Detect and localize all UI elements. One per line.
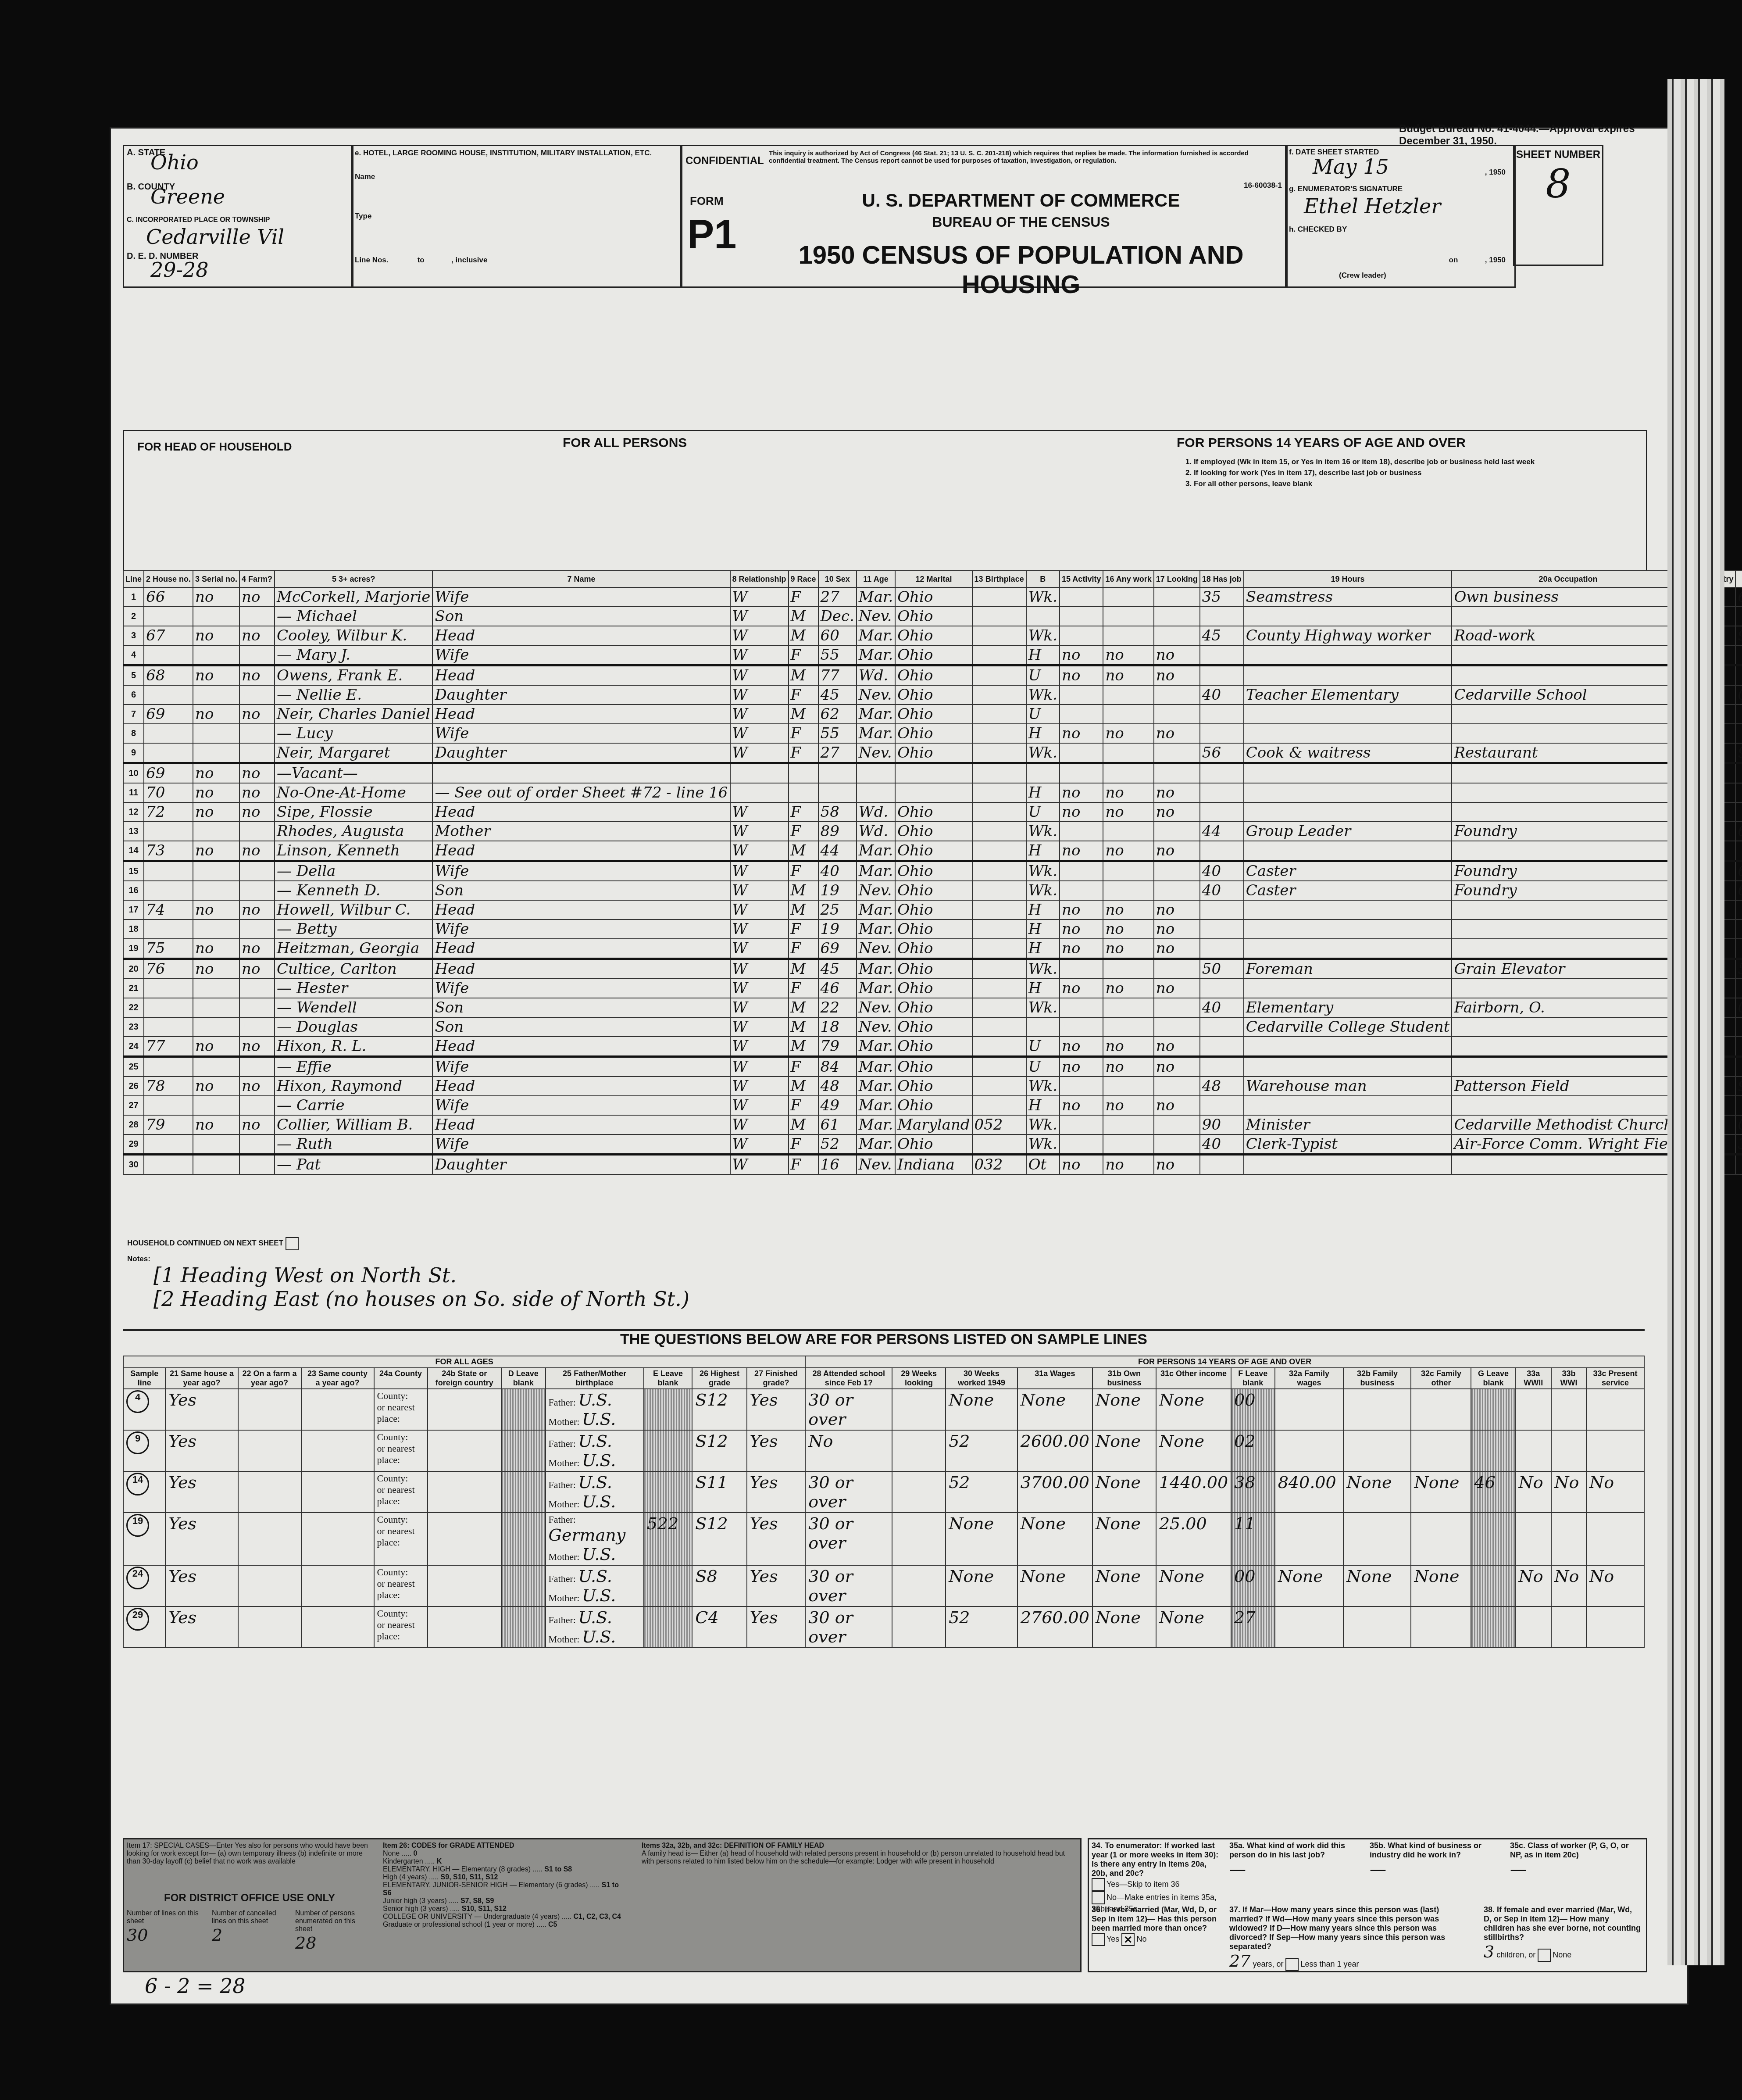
cell-birth: Ohio <box>895 1134 972 1155</box>
cell-q16 <box>1060 881 1103 900</box>
table-row: 1272nonoSipe, FlossieHeadWF58Wd.OhioUnon… <box>123 802 1742 822</box>
sample-cell-q33b <box>1551 1430 1586 1471</box>
cell-q18 <box>1154 998 1200 1017</box>
sample-cell-d <box>501 1606 546 1648</box>
line-number: 28 <box>123 1115 144 1134</box>
sample-cell-q33a <box>1515 1389 1551 1430</box>
table-row: 29— RuthWifeWF52Mar.OhioWk.40Clerk-Typis… <box>123 1134 1742 1155</box>
cell-name: — Pat <box>275 1155 432 1175</box>
table-row: 30— PatDaughterWF16Nev.Indiana032Otnonon… <box>123 1155 1742 1175</box>
cell-occ: Warehouse man <box>1244 1077 1452 1096</box>
cell-q17 <box>1103 743 1153 763</box>
cell-serial: 67 <box>144 626 193 645</box>
cell-q17: no <box>1103 1096 1153 1115</box>
cell-mar: Mar. <box>857 959 895 979</box>
cell-occ <box>1244 724 1452 743</box>
cell-act: H <box>1026 841 1060 861</box>
sample-cell-f: 11 <box>1231 1513 1275 1565</box>
cell-mar: Mar. <box>857 900 895 919</box>
cell-farm <box>193 1155 239 1175</box>
cell-code <box>1735 763 1742 783</box>
q38: 38. If female and ever married (Mar, Wd,… <box>1484 1905 1642 1962</box>
cell-q16: no <box>1060 665 1103 686</box>
cell-name: Cooley, Wilbur K. <box>275 626 432 645</box>
table-row: 2879nonoCollier, William B.HeadWM61Mar.M… <box>123 1115 1742 1134</box>
cell-birth: Ohio <box>895 587 972 607</box>
cell-q16: no <box>1060 1155 1103 1175</box>
cell-q17 <box>1103 626 1153 645</box>
cell-hours <box>1200 939 1244 959</box>
cell-age: 69 <box>818 939 857 959</box>
persons14-instr-3: 3. For all other persons, leave blank <box>1185 479 1312 488</box>
cell-age: 60 <box>818 626 857 645</box>
cell-code <box>1735 802 1742 822</box>
col-header: B <box>1026 571 1060 587</box>
sample-cell-e <box>644 1471 693 1513</box>
q37-less-than-year-checkbox[interactable] <box>1285 1958 1299 1971</box>
sample-cell-f: 27 <box>1231 1606 1275 1648</box>
cell-acres: no <box>239 1037 275 1057</box>
sample-cell-q23 <box>301 1389 374 1430</box>
ed-number-value: 29-28 <box>150 258 209 282</box>
cell-ind <box>1452 841 1684 861</box>
sample-col-header: Sample line <box>123 1368 165 1389</box>
sample-row: 29YesCounty:or nearest place:Father: U.S… <box>123 1606 1644 1648</box>
persons14-instr-1: 1. If employed (Wk in item 15, or Yes in… <box>1185 458 1535 466</box>
line-number: 1 <box>123 587 144 607</box>
cell-serial <box>144 998 193 1017</box>
cell-hours: 44 <box>1200 822 1244 841</box>
q34-no-checkbox[interactable] <box>1092 1891 1105 1904</box>
sample-cell-q33a <box>1515 1513 1551 1565</box>
cell-occ <box>1244 919 1452 939</box>
table-row: 6— Nellie E.DaughterWF45Nev.OhioWk.40Tea… <box>123 685 1742 705</box>
sample-cell-finished: Yes <box>747 1471 806 1513</box>
sample-cell-q32a: 840.00 <box>1275 1471 1344 1513</box>
cell-sex: F <box>789 743 818 763</box>
cell-acres <box>239 919 275 939</box>
cell-name: — Kenneth D. <box>275 881 432 900</box>
sample-cell-q31a: 2600.00 <box>1017 1430 1092 1471</box>
cell-name: Cultice, Carlton <box>275 959 432 979</box>
cell-hours: 56 <box>1200 743 1244 763</box>
sample-line-circle: 29 <box>126 1608 149 1631</box>
cell-age: 19 <box>818 919 857 939</box>
sample-col-header: 22 On a farm a year ago? <box>238 1368 301 1389</box>
cell-age: 25 <box>818 900 857 919</box>
cell-hours <box>1200 841 1244 861</box>
cell-acres <box>239 1155 275 1175</box>
cell-q18 <box>1154 607 1200 626</box>
sample-cell-q32c <box>1411 1430 1471 1471</box>
sample-col-header: 26 Highest grade <box>692 1368 746 1389</box>
cell-act: H <box>1026 783 1060 802</box>
cell-q18 <box>1154 1017 1200 1037</box>
cell-sex: M <box>789 1017 818 1037</box>
cell-occ <box>1244 783 1452 802</box>
sample-cell-q23 <box>301 1430 374 1471</box>
sample-col-header: G Leave blank <box>1471 1368 1515 1389</box>
cell-farm: no <box>193 763 239 783</box>
cell-q18: no <box>1154 939 1200 959</box>
cell-sex: M <box>789 900 818 919</box>
line-number: 7 <box>123 705 144 724</box>
q37: 37. If Mar—How many years since this per… <box>1229 1905 1475 1971</box>
cell-birth: Ohio <box>895 724 972 743</box>
cell-mar: Mar. <box>857 1077 895 1096</box>
cell-q16 <box>1060 743 1103 763</box>
cell-farm: no <box>193 939 239 959</box>
cell-farm <box>193 1017 239 1037</box>
table-row: 2678nonoHixon, RaymondHeadWM48Mar.OhioWk… <box>123 1077 1742 1096</box>
cell-rel: Daughter <box>432 743 730 763</box>
cell-b <box>972 705 1026 724</box>
cell-serial <box>144 1134 193 1155</box>
cell-farm <box>193 822 239 841</box>
sample-cell-f: 38 <box>1231 1471 1275 1513</box>
sample-cell-q21: Yes <box>165 1471 238 1513</box>
col-header: 12 Marital <box>895 571 972 587</box>
cell-farm <box>193 861 239 881</box>
cell-b <box>972 939 1026 959</box>
cell-mar: Wd. <box>857 665 895 686</box>
cell-code <box>1735 724 1742 743</box>
cell-name: — Ruth <box>275 1134 432 1155</box>
cell-q16: no <box>1060 802 1103 822</box>
col-header: Line <box>123 571 144 587</box>
cell-q17 <box>1103 1077 1153 1096</box>
cell-occ: Elementary <box>1244 998 1452 1017</box>
sample-cell-grade: S11 <box>692 1471 746 1513</box>
cell-act: Wk. <box>1026 861 1060 881</box>
sample-cell-d <box>501 1513 546 1565</box>
cell-sex: M <box>789 841 818 861</box>
cell-act: U <box>1026 665 1060 686</box>
cell-acres <box>239 1134 275 1155</box>
line-number: 8 <box>123 724 144 743</box>
cell-act: H <box>1026 919 1060 939</box>
sample-cell-parents: Father: U.S.Mother: U.S. <box>546 1565 644 1606</box>
q36-yes-checkbox[interactable] <box>1092 1933 1105 1946</box>
bureau-title: BUREAU OF THE CENSUS <box>769 214 1273 230</box>
sample-cell-q33c: No <box>1586 1565 1644 1606</box>
cell-acres <box>239 1017 275 1037</box>
cell-ind <box>1452 1096 1684 1115</box>
cell-race <box>730 783 789 802</box>
cell-code <box>1735 939 1742 959</box>
cell-rel: Wife <box>432 1096 730 1115</box>
place-value: Cedarville Vil <box>146 225 284 249</box>
line-number: 13 <box>123 822 144 841</box>
sample-cell-q32c: None <box>1411 1565 1471 1606</box>
cell-q16: no <box>1060 1037 1103 1057</box>
cell-b <box>972 645 1026 665</box>
cell-farm: no <box>193 705 239 724</box>
cell-ind <box>1452 607 1684 626</box>
line-number: 18 <box>123 919 144 939</box>
sample-cell-q31b: None <box>1092 1430 1156 1471</box>
for-all-ages-header: FOR ALL AGES <box>123 1356 805 1368</box>
cell-mar: Mar. <box>857 626 895 645</box>
sample-cell-q32b <box>1343 1430 1411 1471</box>
cell-q16 <box>1060 1115 1103 1134</box>
budget-bureau-line: Budget Bureau No. 41-4044.—Approval expi… <box>1399 123 1688 147</box>
cell-q17: no <box>1103 1037 1153 1057</box>
sheet-number-box: SHEET NUMBER 8 <box>1513 145 1603 266</box>
form-id: P1 <box>687 212 737 258</box>
cell-farm: no <box>193 626 239 645</box>
sample-cell-q22 <box>238 1565 301 1606</box>
for-14-over-header: FOR PERSONS 14 YEARS OF AGE AND OVER <box>805 1356 1644 1368</box>
q36-no-checkbox[interactable]: ✕ <box>1121 1933 1135 1946</box>
cell-act <box>1026 1017 1060 1037</box>
cell-b <box>972 1096 1026 1115</box>
cell-b <box>972 763 1026 783</box>
cell-ind: Foundry <box>1452 861 1684 881</box>
cell-race: W <box>730 959 789 979</box>
cell-code: 641 337 1 <box>1735 861 1742 881</box>
cell-sex <box>789 763 818 783</box>
cell-occ <box>1244 841 1452 861</box>
sample-cell-q21: Yes <box>165 1565 238 1606</box>
sample-cell-g <box>1471 1513 1515 1565</box>
cell-birth <box>895 763 972 783</box>
cell-code <box>1735 1155 1742 1175</box>
sample-cell-q31b: None <box>1092 1471 1156 1513</box>
cell-sex: M <box>789 705 818 724</box>
sample-cell-g: 46 <box>1471 1471 1515 1513</box>
table-row: 1473nonoLinson, KennethHeadWM44Mar.OhioH… <box>123 841 1742 861</box>
cell-rel: Daughter <box>432 1155 730 1175</box>
sample-col-header: 21 Same house a year ago? <box>165 1368 238 1389</box>
cell-age: 84 <box>818 1057 857 1077</box>
persons-14-section: FOR PERSONS 14 YEARS OF AGE AND OVER <box>1177 436 1466 451</box>
cell-serial: 75 <box>144 939 193 959</box>
cell-sex: M <box>789 607 818 626</box>
sample-cell-q31c: None <box>1156 1606 1231 1648</box>
line-number: 20 <box>123 959 144 979</box>
cell-act: H <box>1026 939 1060 959</box>
table-row: 1975nonoHeitzman, GeorgiaHeadWF69Nev.Ohi… <box>123 939 1742 959</box>
sample-cell-q33c: No <box>1586 1471 1644 1513</box>
cell-acres <box>239 998 275 1017</box>
sample-cell-q22 <box>238 1430 301 1471</box>
cell-mar: Mar. <box>857 1057 895 1077</box>
cell-b <box>972 626 1026 645</box>
cell-q18 <box>1154 881 1200 900</box>
cell-sex <box>789 783 818 802</box>
cell-mar: Mar. <box>857 1096 895 1115</box>
cell-occ: Caster <box>1244 881 1452 900</box>
cell-b <box>972 743 1026 763</box>
grade-code-item: High (4 years) ..... S9, S10, S11, S12 <box>383 1874 628 1882</box>
cell-q18: no <box>1154 783 1200 802</box>
cell-act: U <box>1026 802 1060 822</box>
q34-yes-checkbox[interactable] <box>1092 1878 1105 1891</box>
cell-ind: Air-Force Comm. Wright Field <box>1452 1134 1684 1155</box>
sample-line-circle: 4 <box>126 1390 149 1413</box>
table-row: 4— Mary J.WifeWF55Mar.OhioHnonono4 <box>123 645 1742 665</box>
sample-cell-q31b: None <box>1092 1565 1156 1606</box>
sample-cell-q32b: None <box>1343 1565 1411 1606</box>
sample-cell-parents: Father: U.S.Mother: U.S. <box>546 1471 644 1513</box>
cell-acres <box>239 743 275 763</box>
note-1: [1 Heading West on North St. <box>153 1263 1092 1287</box>
cell-q18: no <box>1154 665 1200 686</box>
household-continued-checkbox[interactable] <box>286 1237 299 1250</box>
notes-area: HOUSEHOLD CONTINUED ON NEXT SHEET Notes:… <box>127 1237 1092 1311</box>
sample-cell-state <box>428 1606 501 1648</box>
cell-hours <box>1200 979 1244 998</box>
cell-ind: Foundry <box>1452 822 1684 841</box>
cell-code <box>1735 900 1742 919</box>
cell-q17 <box>1103 959 1153 979</box>
cell-hours: 40 <box>1200 881 1244 900</box>
cell-mar: Mar. <box>857 861 895 881</box>
cell-q18: no <box>1154 1057 1200 1077</box>
sample-col-header: 30 Weeks worked 1949 <box>946 1368 1017 1389</box>
sample-cell-county: County:or nearest place: <box>374 1606 428 1648</box>
table-row: 166nonoMcCorkell, MarjorieWifeWF27Mar.Oh… <box>123 587 1742 607</box>
cell-mar: Nev. <box>857 998 895 1017</box>
cell-ind <box>1452 763 1684 783</box>
cell-farm <box>193 607 239 626</box>
col-header: 5 3+ acres? <box>275 571 432 587</box>
sample-col-header: 33a WWII <box>1515 1368 1551 1389</box>
cell-q16 <box>1060 959 1103 979</box>
cell-ind: Foundry <box>1452 881 1684 900</box>
cell-sex: M <box>789 998 818 1017</box>
cell-race: W <box>730 1115 789 1134</box>
cell-code <box>1735 607 1742 626</box>
sample-cell-e: 522 <box>644 1513 693 1565</box>
col-header: 10 Sex <box>818 571 857 587</box>
cell-q18 <box>1154 705 1200 724</box>
cell-q18: no <box>1154 1155 1200 1175</box>
cell-q17: no <box>1103 979 1153 998</box>
cell-hours: 90 <box>1200 1115 1244 1134</box>
cell-mar: Mar. <box>857 1115 895 1134</box>
table-row: 568nonoOwens, Frank E.HeadWM77Wd.OhioUno… <box>123 665 1742 686</box>
cell-q16 <box>1060 998 1103 1017</box>
grade-code-item: None ..... 0 <box>383 1850 628 1858</box>
county-value: Greene <box>150 185 225 208</box>
cell-race: W <box>730 1096 789 1115</box>
sample-cell-grade: S12 <box>692 1389 746 1430</box>
cell-sex: F <box>789 1134 818 1155</box>
cell-q18 <box>1154 1077 1200 1096</box>
sample-cell-attend: No <box>805 1430 892 1471</box>
cell-occ <box>1244 1057 1452 1077</box>
cell-birth: Ohio <box>895 626 972 645</box>
cell-b <box>972 1077 1026 1096</box>
sample-col-header: 27 Finished grade? <box>747 1368 806 1389</box>
cell-code <box>1735 919 1742 939</box>
cell-acres: no <box>239 939 275 959</box>
cell-birth: Ohio <box>895 607 972 626</box>
cell-ind: Own business <box>1452 587 1684 607</box>
sample-cell-q31c: None <box>1156 1430 1231 1471</box>
q38-none-checkbox[interactable] <box>1538 1949 1551 1962</box>
line-number: 27 <box>123 1096 144 1115</box>
line-number: 26 <box>123 1077 144 1096</box>
inst-name-label: Name <box>355 172 375 181</box>
table-row: 1170nonoNo-One-At-Home— See out of order… <box>123 783 1742 802</box>
cell-serial <box>144 822 193 841</box>
cell-race: W <box>730 1017 789 1037</box>
sample-cell-g <box>1471 1389 1515 1430</box>
title-box: CONFIDENTIAL This inquiry is authorized … <box>680 145 1288 288</box>
cell-birth: Ohio <box>895 841 972 861</box>
sample-cell-q21: Yes <box>165 1513 238 1565</box>
line-number: 19 <box>123 939 144 959</box>
cell-q16 <box>1060 607 1103 626</box>
sample-cell-attend: 30 or over <box>805 1565 892 1606</box>
sample-cell-q33b: No <box>1551 1565 1586 1606</box>
cell-act: Wk. <box>1026 685 1060 705</box>
cell-age: 45 <box>818 959 857 979</box>
cell-q18: no <box>1154 724 1200 743</box>
sample-cell-f: 00 <box>1231 1389 1275 1430</box>
sample-cell-q29 <box>892 1471 946 1513</box>
sample-cell-county: County:or nearest place: <box>374 1513 428 1565</box>
cell-q16: no <box>1060 783 1103 802</box>
cell-mar: Mar. <box>857 645 895 665</box>
cell-age: 62 <box>818 705 857 724</box>
cell-occ <box>1244 1037 1452 1057</box>
cell-code: 633 8413 <box>1735 587 1742 607</box>
sample-cell-parents: Father: U.S.Mother: U.S. <box>546 1389 644 1430</box>
cell-age: 52 <box>818 1134 857 1155</box>
cell-birth: Ohio <box>895 1057 972 1077</box>
cell-q17 <box>1103 1017 1153 1037</box>
cell-race: W <box>730 900 789 919</box>
cell-acres: no <box>239 705 275 724</box>
cell-farm: no <box>193 959 239 979</box>
cell-mar: Nev. <box>857 607 895 626</box>
cell-occ <box>1244 900 1452 919</box>
cell-serial <box>144 1057 193 1077</box>
cell-rel: Head <box>432 959 730 979</box>
cell-mar: Mar. <box>857 1134 895 1155</box>
cell-act: H <box>1026 724 1060 743</box>
cell-birth: Ohio <box>895 685 972 705</box>
population-table: Line 2 House no. 3 Serial no. 4 Farm? 5 … <box>123 570 1742 1175</box>
cell-q17: no <box>1103 645 1153 665</box>
sample-cell-state <box>428 1430 501 1471</box>
cell-act: Wk. <box>1026 1077 1060 1096</box>
cell-q16 <box>1060 763 1103 783</box>
sample-cell-d <box>501 1565 546 1606</box>
cell-code <box>1735 645 1742 665</box>
cell-b <box>972 802 1026 822</box>
sample-rows: 4YesCounty:or nearest place:Father: U.S.… <box>123 1389 1644 1648</box>
cell-ind: Cedarville School <box>1452 685 1684 705</box>
sample-cell-q31c: None <box>1156 1565 1231 1606</box>
line-number: 14 <box>123 841 144 861</box>
cell-occ: Caster <box>1244 861 1452 881</box>
sample-cell-q29 <box>892 1565 946 1606</box>
cell-b <box>972 1037 1026 1057</box>
sample-cell-q21: Yes <box>165 1389 238 1430</box>
enumerator-label: g. ENUMERATOR'S SIGNATURE <box>1289 185 1403 193</box>
sample-cell-q31a: None <box>1017 1565 1092 1606</box>
sample-line-circle: 24 <box>126 1567 149 1589</box>
cell-q18: no <box>1154 919 1200 939</box>
cell-q16 <box>1060 626 1103 645</box>
cell-name: — Mary J. <box>275 645 432 665</box>
margin-tally: 6 - 2 = 28 <box>145 1974 246 1998</box>
